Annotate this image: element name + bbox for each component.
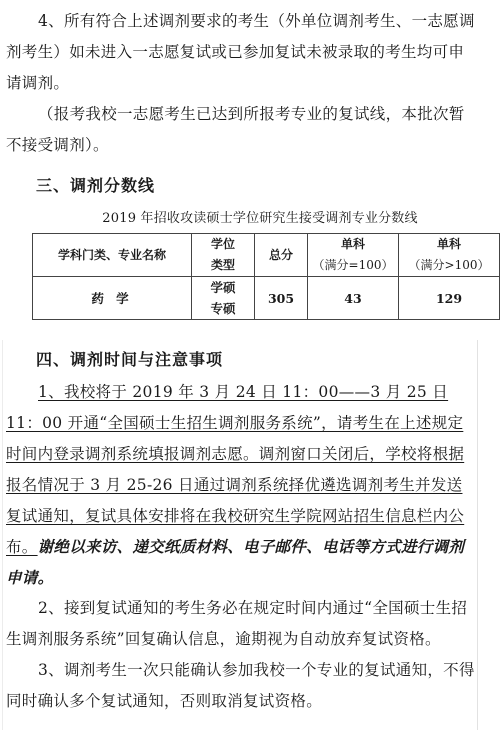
score-table: 学科门类、专业名称 学位类型 总分 单科（满分=100） 单科（满分>100） … bbox=[32, 233, 500, 320]
section-heading-4: 四、调剂时间与注意事项 bbox=[36, 347, 223, 370]
cell-degree-type: 学硕专硕 bbox=[192, 277, 255, 320]
header-degree-type: 学位类型 bbox=[192, 234, 255, 277]
paragraph-item1: 1、我校将于 2019 年 3 月 24 日 11：00——3 月 25 日 1… bbox=[6, 377, 476, 594]
header-total: 总分 bbox=[255, 234, 308, 277]
header-single-100: 单科（满分=100） bbox=[308, 234, 399, 277]
table-row: 药 学 学硕专硕 305 43 129 bbox=[33, 277, 500, 320]
page-edge-right bbox=[477, 340, 478, 730]
cell-single-100: 43 bbox=[308, 277, 399, 320]
paragraph-item3: 3、调剂考生一次只能确认参加我校一个专业的复试通知，不得同时确认多个复试通知，否… bbox=[6, 655, 476, 717]
paragraph-item4: 4、所有符合上述调剂要求的考生（外单位调剂考生、一志愿调剂考生）如未进入一志愿复… bbox=[6, 6, 476, 99]
header-major: 学科门类、专业名称 bbox=[33, 234, 192, 277]
paragraph-note: （报考我校一志愿考生已达到所报考专业的复试线，本批次暂不接受调剂）。 bbox=[6, 99, 476, 161]
cell-single-over-100: 129 bbox=[399, 277, 500, 320]
cell-major: 药 学 bbox=[33, 277, 192, 320]
paragraph-item2: 2、接到复试通知的考生务必在规定时间内通过“全国硕士生招生调剂服务系统”回复确认… bbox=[6, 593, 476, 655]
item1-emphasis-text: 谢绝以来访、递交纸质材料、电子邮件、电话等方式进行调剂申请。 bbox=[6, 538, 464, 587]
page-edge-left bbox=[2, 340, 3, 730]
table-caption: 2019 年招收攻读硕士学位研究生接受调剂专业分数线 bbox=[0, 207, 500, 226]
item1-underlined-text: 1、我校将于 2019 年 3 月 24 日 11：00——3 月 25 日 1… bbox=[6, 383, 464, 556]
table-header-row: 学科门类、专业名称 学位类型 总分 单科（满分=100） 单科（满分>100） bbox=[33, 234, 500, 277]
header-single-over-100: 单科（满分>100） bbox=[399, 234, 500, 277]
section-heading-3: 三、调剂分数线 bbox=[36, 173, 155, 196]
cell-total: 305 bbox=[255, 277, 308, 320]
